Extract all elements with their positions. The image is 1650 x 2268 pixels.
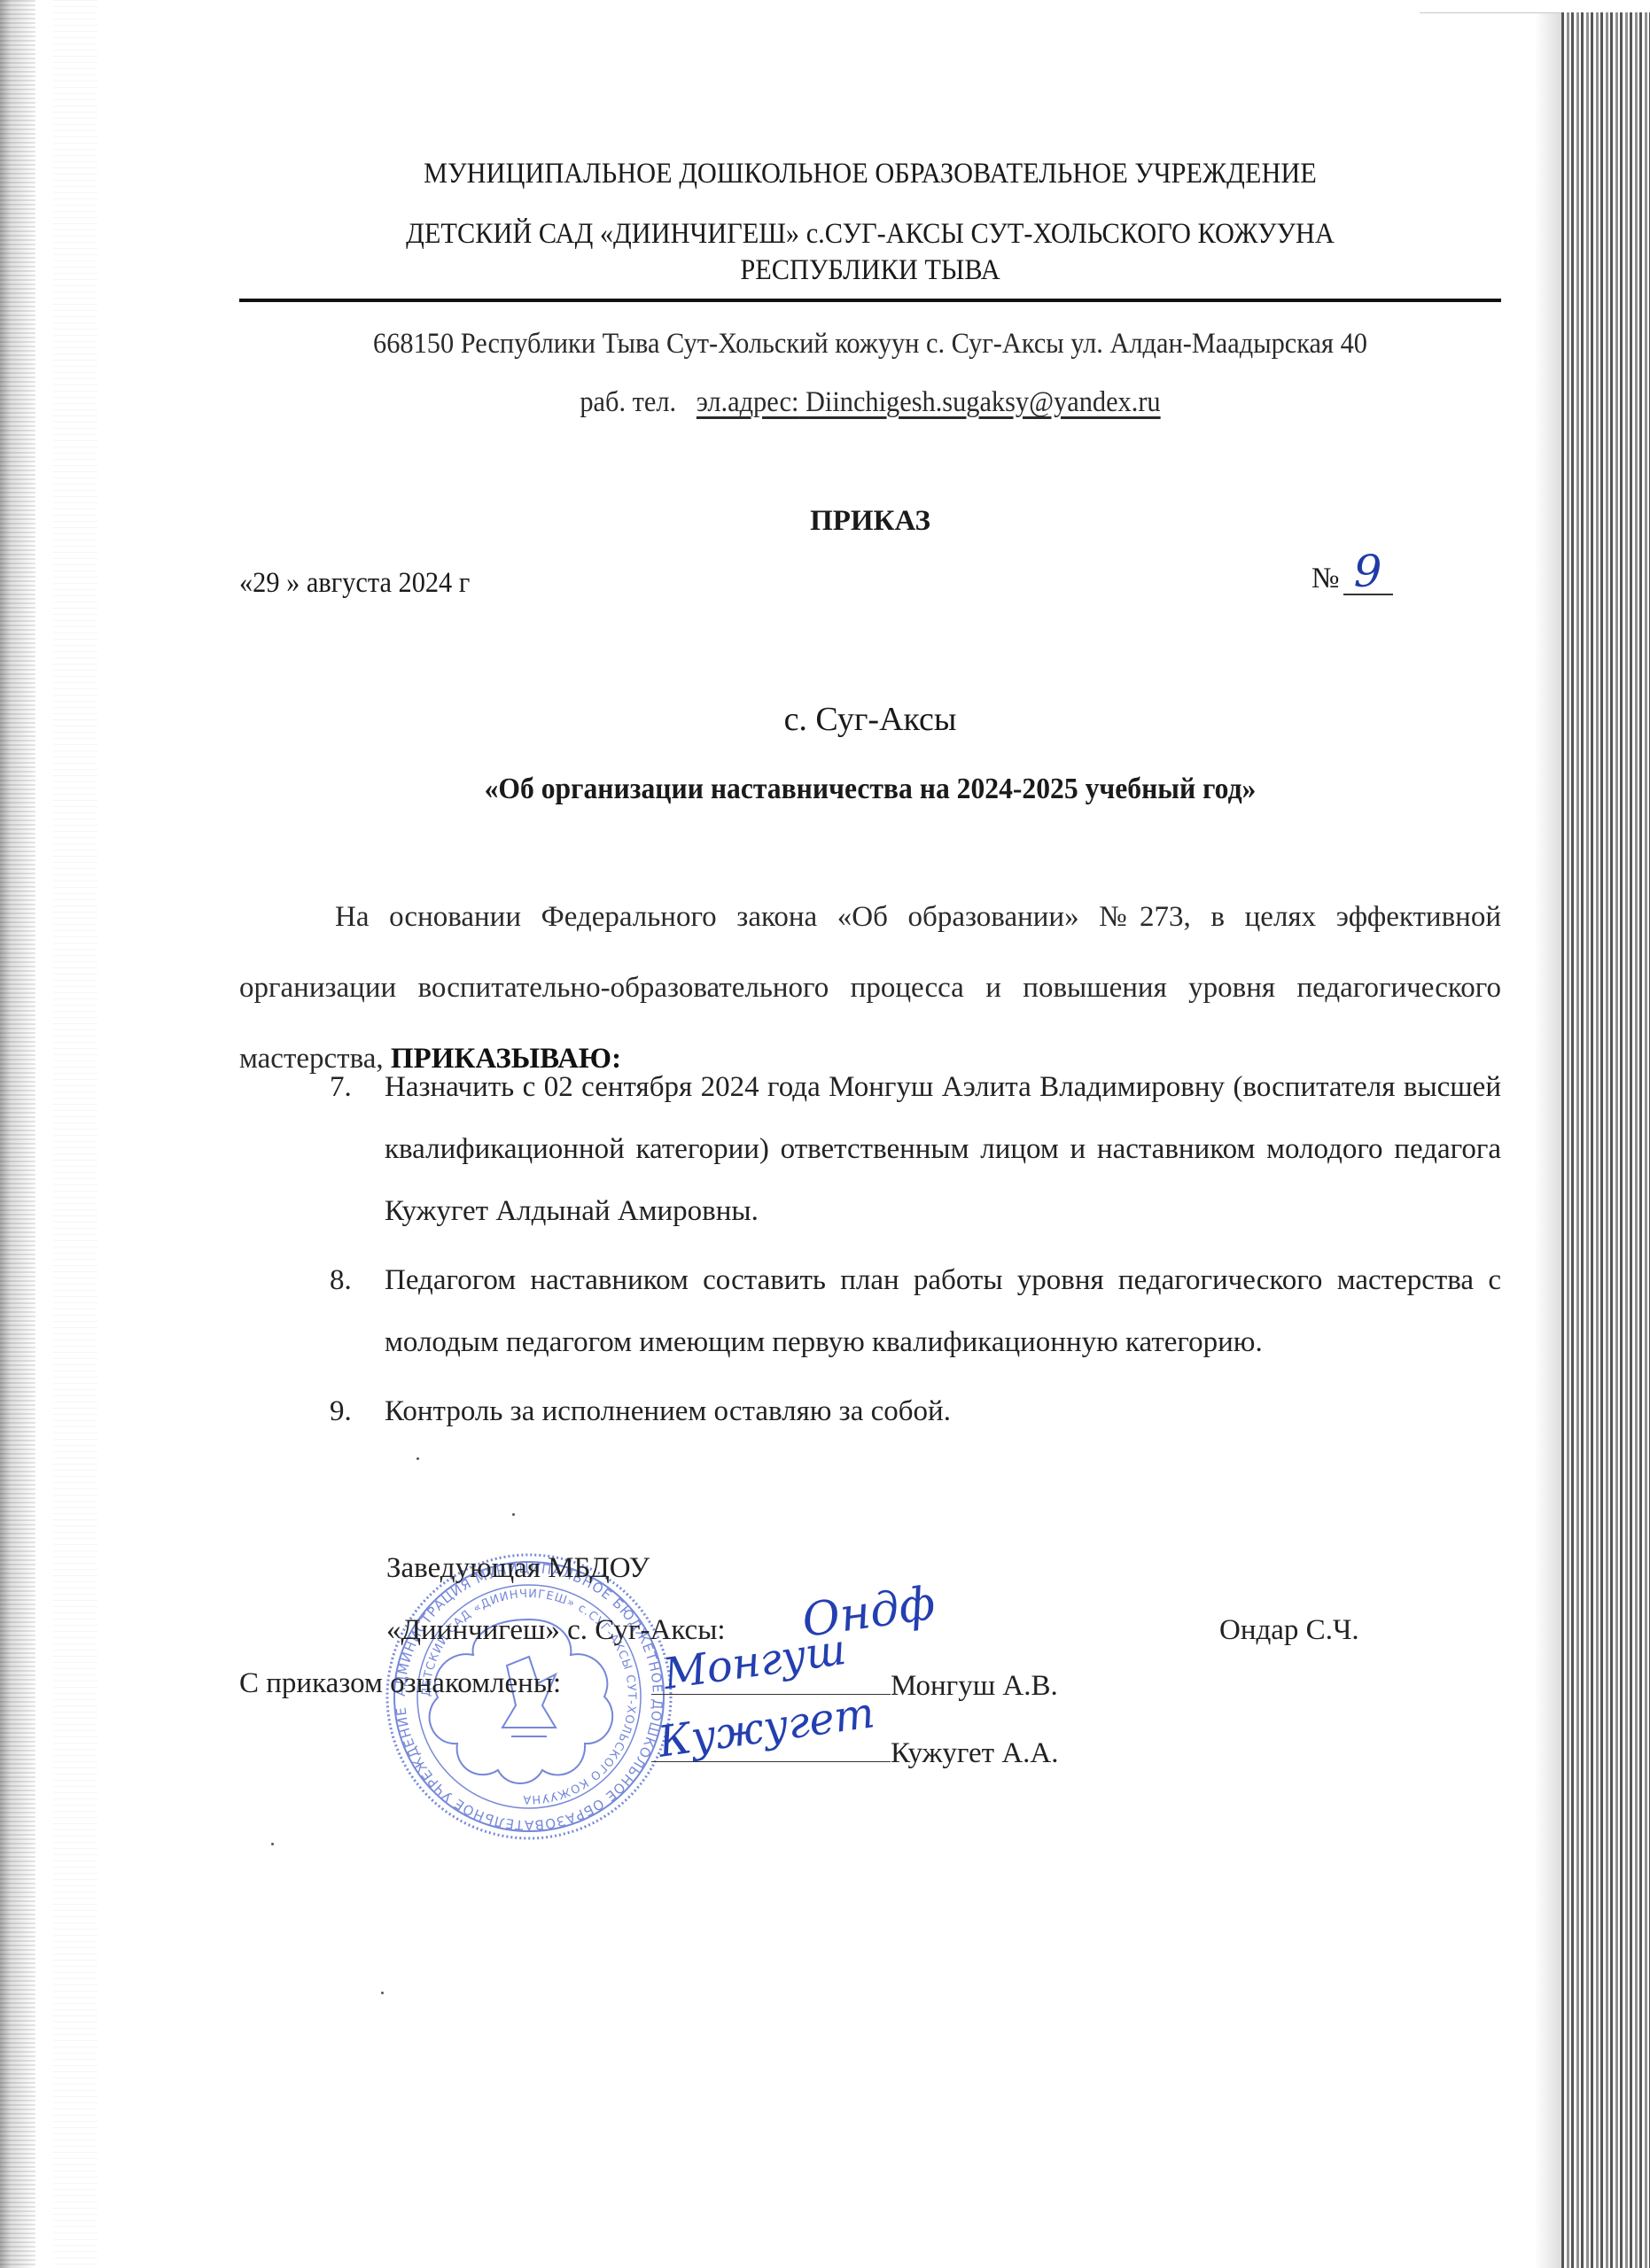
place-of-issue: с. Суг-Аксы	[239, 700, 1501, 739]
order-subject: «Об организации наставничества на 2024-2…	[284, 773, 1457, 806]
scan-speck	[416, 1457, 419, 1460]
postal-address: 668150 Республики Тыва Сут-Хольский кожу…	[290, 328, 1451, 361]
scan-speck	[512, 1513, 515, 1516]
phone-label: раб. тел.	[580, 386, 676, 418]
acknowledged-label: С приказом ознакомлены:	[239, 1667, 561, 1700]
document-page: МУНИЦИПАЛЬНОЕ ДОШКОЛЬНОЕ ОБРАЗОВАТЕЛЬНОЕ…	[0, 0, 1650, 2268]
document-title: ПРИКАЗ	[239, 505, 1501, 538]
item-number: 8.	[330, 1249, 352, 1311]
email-label: эл.адрес:	[697, 386, 798, 418]
scan-speck	[271, 1843, 274, 1845]
item-number: 9.	[330, 1380, 352, 1442]
org-name-line-3: РЕСПУБЛИКИ ТЫВА	[290, 254, 1451, 288]
head-name: Ондар С.Ч.	[1219, 1614, 1359, 1647]
order-number-value: 9	[1343, 549, 1393, 595]
item-text: Педагогом наставником составить план раб…	[385, 1264, 1501, 1358]
order-number-label: №	[1311, 563, 1340, 595]
order-item: 8. Педагогом наставником составить план …	[330, 1249, 1501, 1373]
org-name-line-2: ДЕТСКИЙ САД «ДИИНЧИГЕШ» с.СУГ-АКСЫ СУТ-Х…	[290, 218, 1451, 252]
head-position-line-2: «Диинчигеш» с. Суг-Аксы:	[386, 1614, 726, 1647]
head-position-line-1: Заведующая МБДОУ	[386, 1552, 650, 1585]
item-number: 7.	[330, 1056, 352, 1118]
contact-line: раб. тел. эл.адрес: Diinchigesh.sugaksy@…	[290, 386, 1451, 419]
scan-speck	[381, 1992, 384, 1994]
ack-name: Монгуш А.В.	[891, 1670, 1058, 1702]
order-item: 7. Назначить с 02 сентября 2024 года Мон…	[330, 1056, 1501, 1242]
item-text: Контроль за исполнением оставляю за собо…	[385, 1395, 951, 1427]
order-number: № 9	[1311, 549, 1393, 595]
ack-name: Кужугет А.А.	[891, 1737, 1058, 1769]
letterhead-divider	[239, 299, 1501, 302]
email-value: Diinchigesh.sugaksy@yandex.ru	[806, 386, 1161, 418]
order-items: 7. Назначить с 02 сентября 2024 года Мон…	[330, 1056, 1501, 1449]
order-item: 9. Контроль за исполнением оставляю за с…	[330, 1380, 1501, 1442]
order-date: «29 » августа 2024 г	[239, 567, 470, 600]
email-address[interactable]: эл.адрес: Diinchigesh.sugaksy@yandex.ru	[697, 386, 1161, 418]
org-name-line-1: МУНИЦИПАЛЬНОЕ ДОШКОЛЬНОЕ ОБРАЗОВАТЕЛЬНОЕ…	[290, 158, 1451, 191]
item-text: Назначить с 02 сентября 2024 года Монгуш…	[385, 1071, 1501, 1227]
